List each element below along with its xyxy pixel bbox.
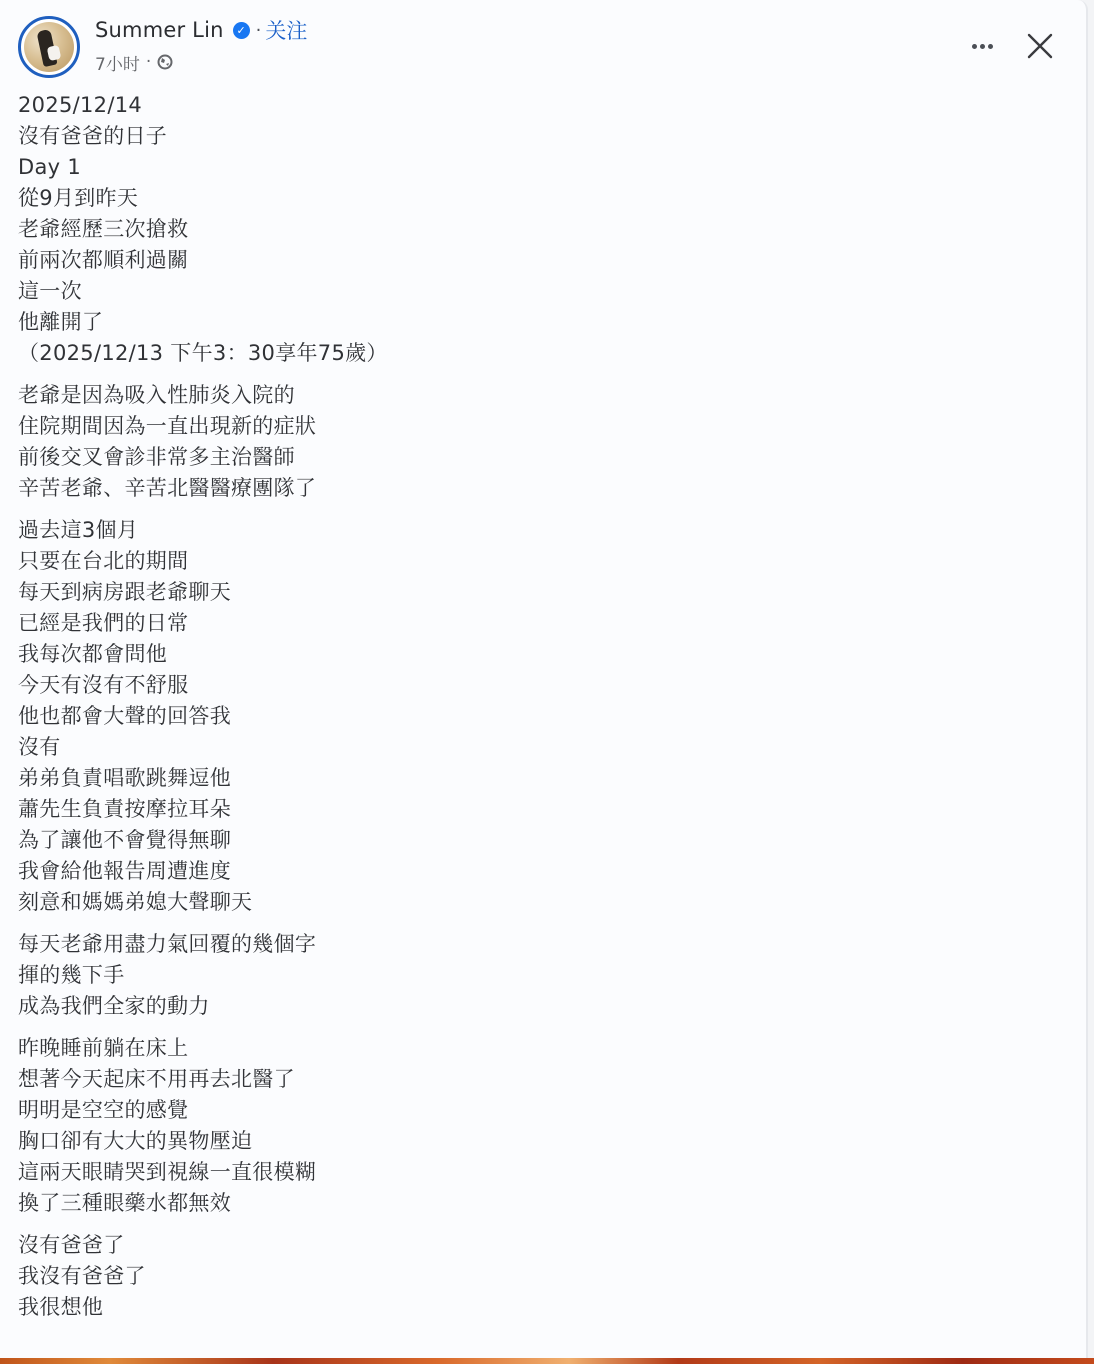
avatar-figure-detail xyxy=(47,45,62,61)
text-line: 成為我們全家的動力 xyxy=(18,991,718,1022)
text-line: 只要在台北的期間 xyxy=(18,546,718,577)
more-dot xyxy=(980,44,985,49)
text-line: 前後交叉會診非常多主治醫師 xyxy=(18,442,718,473)
text-line: 刻意和媽媽弟媳大聲聊天 xyxy=(18,887,718,918)
text-line: 明明是空空的感覺 xyxy=(18,1095,718,1126)
separator: · xyxy=(146,52,151,72)
text-line: （2025/12/13 下午3：30享年75歲） xyxy=(18,338,718,369)
text-line: 老爺是因為吸入性肺炎入院的 xyxy=(18,380,718,411)
close-button[interactable] xyxy=(1020,26,1060,66)
text-line: 老爺經歷三次搶救 xyxy=(18,214,718,245)
text-line: 我會給他報告周遭進度 xyxy=(18,856,718,887)
paragraph: 每天老爺用盡力氣回覆的幾個字 揮的幾下手 成為我們全家的動力 xyxy=(18,929,718,1022)
text-line: 每天到病房跟老爺聊天 xyxy=(18,577,718,608)
post-meta: 7小时 · xyxy=(95,50,173,74)
text-line: 從9月到昨天 xyxy=(18,183,718,214)
text-line: 為了讓他不會覺得無聊 xyxy=(18,825,718,856)
text-line: 沒有爸爸的日子 xyxy=(18,121,718,152)
close-icon xyxy=(1027,33,1053,59)
text-line: 前兩次都順利過關 xyxy=(18,245,718,276)
more-horizontal-icon xyxy=(972,44,977,49)
text-line: 辛苦老爺、辛苦北醫醫療團隊了 xyxy=(18,473,718,504)
text-line: 住院期間因為一直出現新的症狀 xyxy=(18,411,718,442)
paragraph: 沒有爸爸了 我沒有爸爸了 我很想他 xyxy=(18,1230,718,1323)
text-line: 他離開了 xyxy=(18,307,718,338)
more-options-button[interactable] xyxy=(962,28,1002,64)
globe-icon xyxy=(157,54,173,70)
paragraph: 過去這3個月 只要在台北的期間 每天到病房跟老爺聊天 已經是我們的日常 我每次都… xyxy=(18,515,718,918)
text-line: 已經是我們的日常 xyxy=(18,608,718,639)
text-line: 他也都會大聲的回答我 xyxy=(18,701,718,732)
paragraph: 老爺是因為吸入性肺炎入院的 住院期間因為一直出現新的症狀 前後交叉會診非常多主治… xyxy=(18,380,718,504)
text-line: 我每次都會問他 xyxy=(18,639,718,670)
author-row: Summer Lin ✓ · 关注 xyxy=(95,16,307,44)
author-name[interactable]: Summer Lin xyxy=(95,18,224,42)
text-line: 我沒有爸爸了 xyxy=(18,1261,718,1292)
text-line: 昨晚睡前躺在床上 xyxy=(18,1033,718,1064)
post-body: 2025/12/14 沒有爸爸的日子 Day 1 從9月到昨天 老爺經歷三次搶救… xyxy=(18,90,718,1334)
follow-button[interactable]: 关注 xyxy=(265,15,307,45)
paragraph: 2025/12/14 沒有爸爸的日子 Day 1 從9月到昨天 老爺經歷三次搶救… xyxy=(18,90,718,369)
background-strip xyxy=(0,1358,1094,1364)
text-line: 沒有爸爸了 xyxy=(18,1230,718,1261)
text-line: 這兩天眼睛哭到視線一直很模糊 xyxy=(18,1157,718,1188)
more-dot xyxy=(988,44,993,49)
paragraph: 昨晚睡前躺在床上 想著今天起床不用再去北醫了 明明是空空的感覺 胸口卻有大大的異… xyxy=(18,1033,718,1219)
text-line: 過去這3個月 xyxy=(18,515,718,546)
text-line: 想著今天起床不用再去北醫了 xyxy=(18,1064,718,1095)
text-line: 換了三種眼藥水都無效 xyxy=(18,1188,718,1219)
text-line: 我很想他 xyxy=(18,1292,718,1323)
text-line: 沒有 xyxy=(18,732,718,763)
avatar[interactable] xyxy=(18,16,80,78)
text-line: 胸口卻有大大的異物壓迫 xyxy=(18,1126,718,1157)
avatar-image xyxy=(24,22,74,72)
verified-badge-icon: ✓ xyxy=(233,22,250,39)
text-line: 蕭先生負責按摩拉耳朵 xyxy=(18,794,718,825)
post-time[interactable]: 7小时 xyxy=(95,50,140,75)
separator: · xyxy=(256,20,262,41)
text-line: 揮的幾下手 xyxy=(18,960,718,991)
text-line: 2025/12/14 xyxy=(18,90,718,121)
text-line: 這一次 xyxy=(18,276,718,307)
post-header: Summer Lin ✓ · 关注 7小时 · xyxy=(18,16,1086,80)
text-line: 弟弟負責唱歌跳舞逗他 xyxy=(18,763,718,794)
text-line: 今天有沒有不舒服 xyxy=(18,670,718,701)
text-line: 每天老爺用盡力氣回覆的幾個字 xyxy=(18,929,718,960)
post-card: Summer Lin ✓ · 关注 7小时 · 2025/12/14 沒有爸爸的… xyxy=(0,0,1088,1358)
text-line: Day 1 xyxy=(18,152,718,183)
